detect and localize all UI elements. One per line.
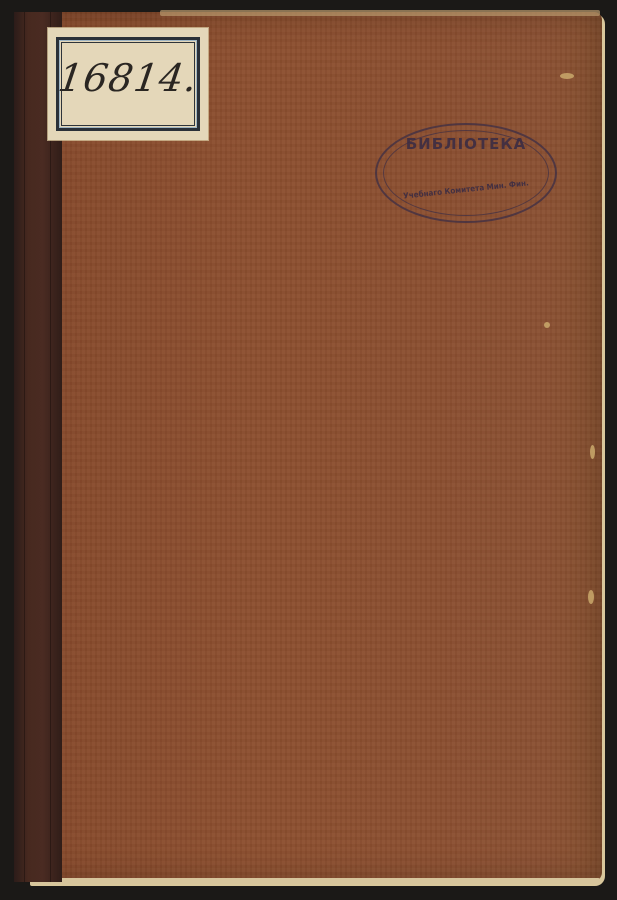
wear-mark [544, 322, 550, 328]
top-page-edge [160, 10, 600, 16]
wear-mark [560, 73, 574, 79]
bottom-page-edge [30, 878, 600, 884]
library-stamp: БИБЛІОТЕКА Учебнаго Комитета Мин. Фин. [375, 123, 557, 223]
wear-mark [590, 445, 595, 459]
wear-mark [588, 590, 594, 604]
catalog-number: 16814. [45, 56, 211, 100]
book-spine [14, 12, 62, 882]
stamp-top-text: БИБЛІОТЕКА [377, 135, 555, 153]
catalog-label: 16814. [48, 28, 208, 140]
spine-line [24, 12, 25, 882]
spine-line [50, 12, 51, 882]
